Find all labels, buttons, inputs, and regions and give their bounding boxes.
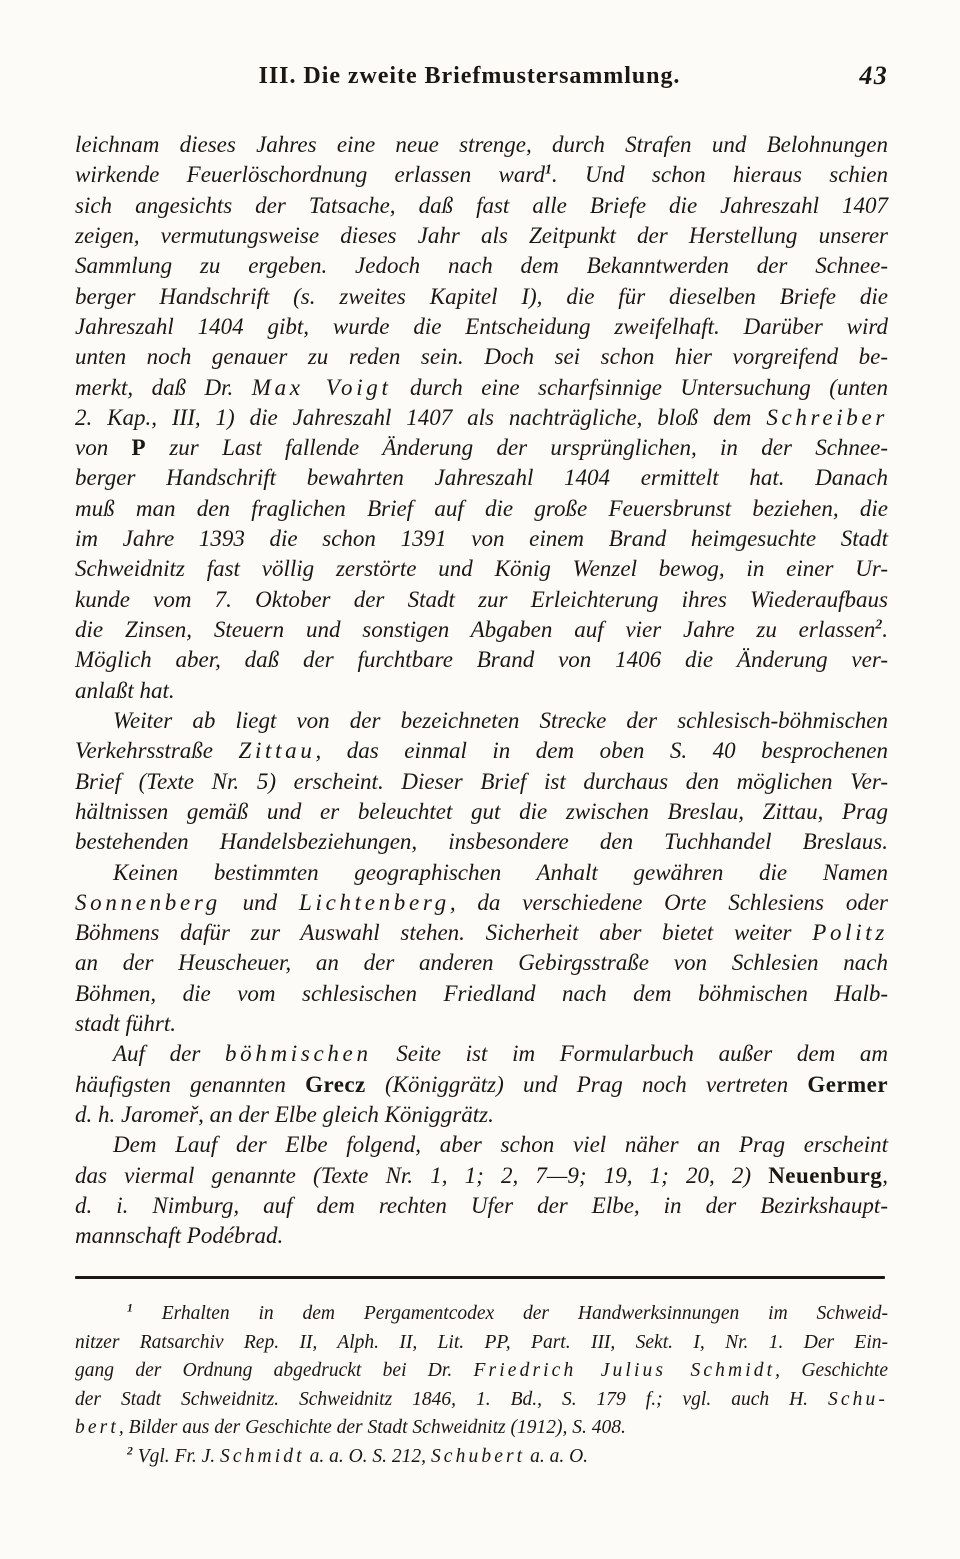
- text-segment: sich angesichts der Tatsache, daß fast a…: [75, 193, 888, 218]
- text-segment: Schweidnitz fast völlig zerstörte und Kö…: [75, 556, 888, 581]
- text-line: stadt führt.: [75, 1009, 888, 1039]
- text-line: Böhmen, die vom schlesischen Friedland n…: [75, 979, 888, 1009]
- text-segment: Schubert: [431, 1446, 525, 1467]
- text-line: zeigen, vermutungsweise dieses Jahr als …: [75, 221, 888, 251]
- book-page: III. Die zweite Briefmustersammlung. 43 …: [0, 0, 960, 1559]
- text-line: Auf der böhmischen Seite ist im Formular…: [75, 1039, 888, 1069]
- text-line: das viermal genannte (Texte Nr. 1, 1; 2,…: [75, 1161, 888, 1191]
- text-segment: Vgl. Fr. J.: [133, 1446, 220, 1467]
- text-line: Sammlung zu ergeben. Jedoch nach dem Bek…: [75, 251, 888, 281]
- text-segment: von: [75, 435, 132, 460]
- text-segment: nitzer Ratsarchiv Rep. II, Alph. II, Lit…: [75, 1332, 888, 1353]
- text-line: berger Handschrift bewahrten Jahreszahl …: [75, 463, 888, 493]
- text-line: Dem Lauf der Elbe folgend, aber schon vi…: [75, 1130, 888, 1160]
- text-line: 2. Kap., III, 1) die Jahreszahl 1407 als…: [75, 403, 888, 433]
- text-segment: Möglich aber, daß der furchtbare Brand v…: [75, 647, 888, 672]
- text-segment: anlaßt hat.: [75, 678, 175, 703]
- text-line: der Stadt Schweidnitz. Schweidnitz 1846,…: [75, 1386, 888, 1415]
- text-line: bestehenden Handelsbeziehungen, insbeson…: [75, 827, 888, 857]
- text-segment: , da verschiedene Orte Schlesiens oder: [450, 890, 888, 915]
- text-line: mannschaft Podébrad.: [75, 1221, 888, 1251]
- text-segment: gang der Ordnung abgedruckt bei Dr.: [75, 1360, 474, 1381]
- text-segment: d. h. Jaromeř, an der Elbe gleich Königg…: [75, 1102, 494, 1127]
- text-line: die Zinsen, Steuern und sonstigen Abgabe…: [75, 615, 888, 645]
- text-segment: Schreiber: [766, 405, 888, 430]
- text-segment: Auf der: [113, 1041, 225, 1066]
- text-segment: die Zinsen, Steuern und sonstigen Abgabe…: [75, 617, 875, 642]
- text-segment: merkt, daß Dr.: [75, 375, 252, 400]
- text-segment: durch eine scharfsinnige Untersuchung (u…: [392, 375, 888, 400]
- text-line: im Jahre 1393 die schon 1391 von einem B…: [75, 524, 888, 554]
- text-segment: der Stadt Schweidnitz. Schweidnitz 1846,…: [75, 1389, 828, 1410]
- text-line: an der Heuscheuer, an der anderen Gebirg…: [75, 948, 888, 978]
- text-segment: berger Handschrift bewahrten Jahreszahl …: [75, 465, 888, 490]
- text-line: Jahreszahl 1404 gibt, wurde die Entschei…: [75, 312, 888, 342]
- text-segment: zeigen, vermutungsweise dieses Jahr als …: [75, 223, 888, 248]
- text-segment: mannschaft Podébrad.: [75, 1223, 283, 1248]
- text-segment: P: [132, 435, 147, 460]
- text-segment: Dem Lauf der Elbe folgend, aber schon vi…: [113, 1132, 888, 1157]
- text-segment: a. a. O. S. 212,: [305, 1446, 431, 1467]
- text-line: Keinen bestimmten geographischen Anhalt …: [75, 858, 888, 888]
- text-segment: d. i. Nimburg, auf dem rechten Ufer der …: [75, 1193, 888, 1218]
- text-segment: . Und schon hieraus schien: [552, 162, 888, 187]
- text-line: d. i. Nimburg, auf dem rechten Ufer der …: [75, 1191, 888, 1221]
- text-segment: Friedrich Julius Schmidt: [474, 1360, 776, 1381]
- body-text: leichnam dieses Jahres eine neue strenge…: [75, 130, 888, 1252]
- text-line: Verkehrsstraße Zittau, das einmal in dem…: [75, 736, 888, 766]
- page-header: III. Die zweite Briefmustersammlung. 43: [75, 63, 888, 97]
- text-line: Schweidnitz fast völlig zerstörte und Kö…: [75, 554, 888, 584]
- text-segment: Zittau: [239, 738, 316, 763]
- text-segment: , Bilder aus der Geschichte der Stadt Sc…: [119, 1417, 626, 1438]
- text-segment: Germer: [807, 1072, 888, 1097]
- text-segment: Jahreszahl 1404 gibt, wurde die Entschei…: [75, 314, 888, 339]
- text-segment: wirkende Feuerlöschordnung erlassen ward: [75, 162, 545, 187]
- footnote-text: 1 Erhalten in dem Pergamentcodex der Han…: [75, 1300, 888, 1472]
- text-line: nitzer Ratsarchiv Rep. II, Alph. II, Lit…: [75, 1329, 888, 1358]
- text-line: von P zur Last fallende Änderung der urs…: [75, 433, 888, 463]
- text-line: 2 Vgl. Fr. J. Schmidt a. a. O. S. 212, S…: [75, 1443, 888, 1472]
- text-segment: bestehenden Handelsbeziehungen, insbeson…: [75, 829, 888, 854]
- text-segment: Sonnenberg: [75, 890, 221, 915]
- text-segment: muß man den fraglichen Brief auf die gro…: [75, 496, 888, 521]
- text-segment: .: [882, 617, 888, 642]
- text-line: häufigsten genannten Grecz (Königgrätz) …: [75, 1070, 888, 1100]
- text-segment: Böhmen, die vom schlesischen Friedland n…: [75, 981, 888, 1006]
- text-line: 1 Erhalten in dem Pergamentcodex der Han…: [75, 1300, 888, 1329]
- text-segment: Böhmens dafür zur Auswahl stehen. Sicher…: [75, 920, 812, 945]
- text-segment: , das einmal in dem oben S. 40 besproche…: [316, 738, 888, 763]
- text-line: muß man den fraglichen Brief auf die gro…: [75, 494, 888, 524]
- text-segment: unten noch genauer zu reden sein. Doch s…: [75, 344, 888, 369]
- text-segment: Max Voigt: [252, 375, 392, 400]
- text-segment: Politz: [812, 920, 888, 945]
- footnote-separator: [75, 1276, 885, 1279]
- text-line: Brief (Texte Nr. 5) erscheint. Dieser Br…: [75, 767, 888, 797]
- text-segment: an der Heuscheuer, an der anderen Gebirg…: [75, 950, 888, 975]
- text-line: leichnam dieses Jahres eine neue strenge…: [75, 130, 888, 160]
- text-segment: stadt führt.: [75, 1011, 176, 1036]
- text-line: Sonnenberg und Lichtenberg, da verschied…: [75, 888, 888, 918]
- text-segment: , Geschichte: [775, 1360, 888, 1381]
- text-segment: Seite ist im Formularbuch außer dem am: [372, 1041, 888, 1066]
- text-line: kunde vom 7. Oktober der Stadt zur Erlei…: [75, 585, 888, 615]
- text-segment: hältnissen gemäß und er beleuchtet gut d…: [75, 799, 888, 824]
- text-line: Möglich aber, daß der furchtbare Brand v…: [75, 645, 888, 675]
- text-line: d. h. Jaromeř, an der Elbe gleich Königg…: [75, 1100, 888, 1130]
- text-segment: (Königgrätz) und Prag noch vertreten: [366, 1072, 808, 1097]
- text-segment: im Jahre 1393 die schon 1391 von einem B…: [75, 526, 888, 551]
- text-segment: berger Handschrift (s. zweites Kapitel I…: [75, 284, 888, 309]
- text-segment: ,: [882, 1163, 888, 1188]
- text-segment: a. a. O.: [525, 1446, 588, 1467]
- text-line: Böhmens dafür zur Auswahl stehen. Sicher…: [75, 918, 888, 948]
- text-line: merkt, daß Dr. Max Voigt durch eine scha…: [75, 373, 888, 403]
- text-segment: kunde vom 7. Oktober der Stadt zur Erlei…: [75, 587, 888, 612]
- page-number: 43: [859, 61, 888, 91]
- text-segment: Verkehrsstraße: [75, 738, 239, 763]
- text-segment: böhmischen: [225, 1041, 372, 1066]
- text-line: berger Handschrift (s. zweites Kapitel I…: [75, 282, 888, 312]
- text-segment: zur Last fallende Änderung der ursprüngl…: [146, 435, 888, 460]
- text-line: gang der Ordnung abgedruckt bei Dr. Frie…: [75, 1357, 888, 1386]
- text-segment: Schu-: [828, 1389, 888, 1410]
- text-line: anlaßt hat.: [75, 676, 888, 706]
- text-segment: leichnam dieses Jahres eine neue strenge…: [75, 132, 888, 157]
- text-segment: Schmidt: [220, 1446, 305, 1467]
- text-line: hältnissen gemäß und er beleuchtet gut d…: [75, 797, 888, 827]
- text-segment: Brief (Texte Nr. 5) erscheint. Dieser Br…: [75, 769, 888, 794]
- text-line: bert, Bilder aus der Geschichte der Stad…: [75, 1414, 888, 1443]
- text-segment: Neuenburg: [768, 1163, 882, 1188]
- text-segment: Keinen bestimmten geographischen Anhalt …: [113, 860, 888, 885]
- text-line: wirkende Feuerlöschordnung erlassen ward…: [75, 160, 888, 190]
- text-segment: bert: [75, 1417, 119, 1438]
- text-segment: Weiter ab liegt von der bezeichneten Str…: [113, 708, 888, 733]
- text-line: unten noch genauer zu reden sein. Doch s…: [75, 342, 888, 372]
- text-segment: und: [221, 890, 299, 915]
- text-segment: Grecz: [305, 1072, 366, 1097]
- text-line: Weiter ab liegt von der bezeichneten Str…: [75, 706, 888, 736]
- text-segment: Sammlung zu ergeben. Jedoch nach dem Bek…: [75, 253, 888, 278]
- text-segment: Erhalten in dem Pergamentcodex der Handw…: [133, 1303, 888, 1324]
- text-segment: 2. Kap., III, 1) die Jahreszahl 1407 als…: [75, 405, 766, 430]
- page-title: III. Die zweite Briefmustersammlung.: [63, 63, 876, 90]
- text-segment: häufigsten genannten: [75, 1072, 305, 1097]
- text-segment: Lichtenberg: [299, 890, 450, 915]
- text-line: sich angesichts der Tatsache, daß fast a…: [75, 191, 888, 221]
- text-segment: das viermal genannte (Texte Nr. 1, 1; 2,…: [75, 1163, 768, 1188]
- footnote-marker: 1: [545, 162, 552, 177]
